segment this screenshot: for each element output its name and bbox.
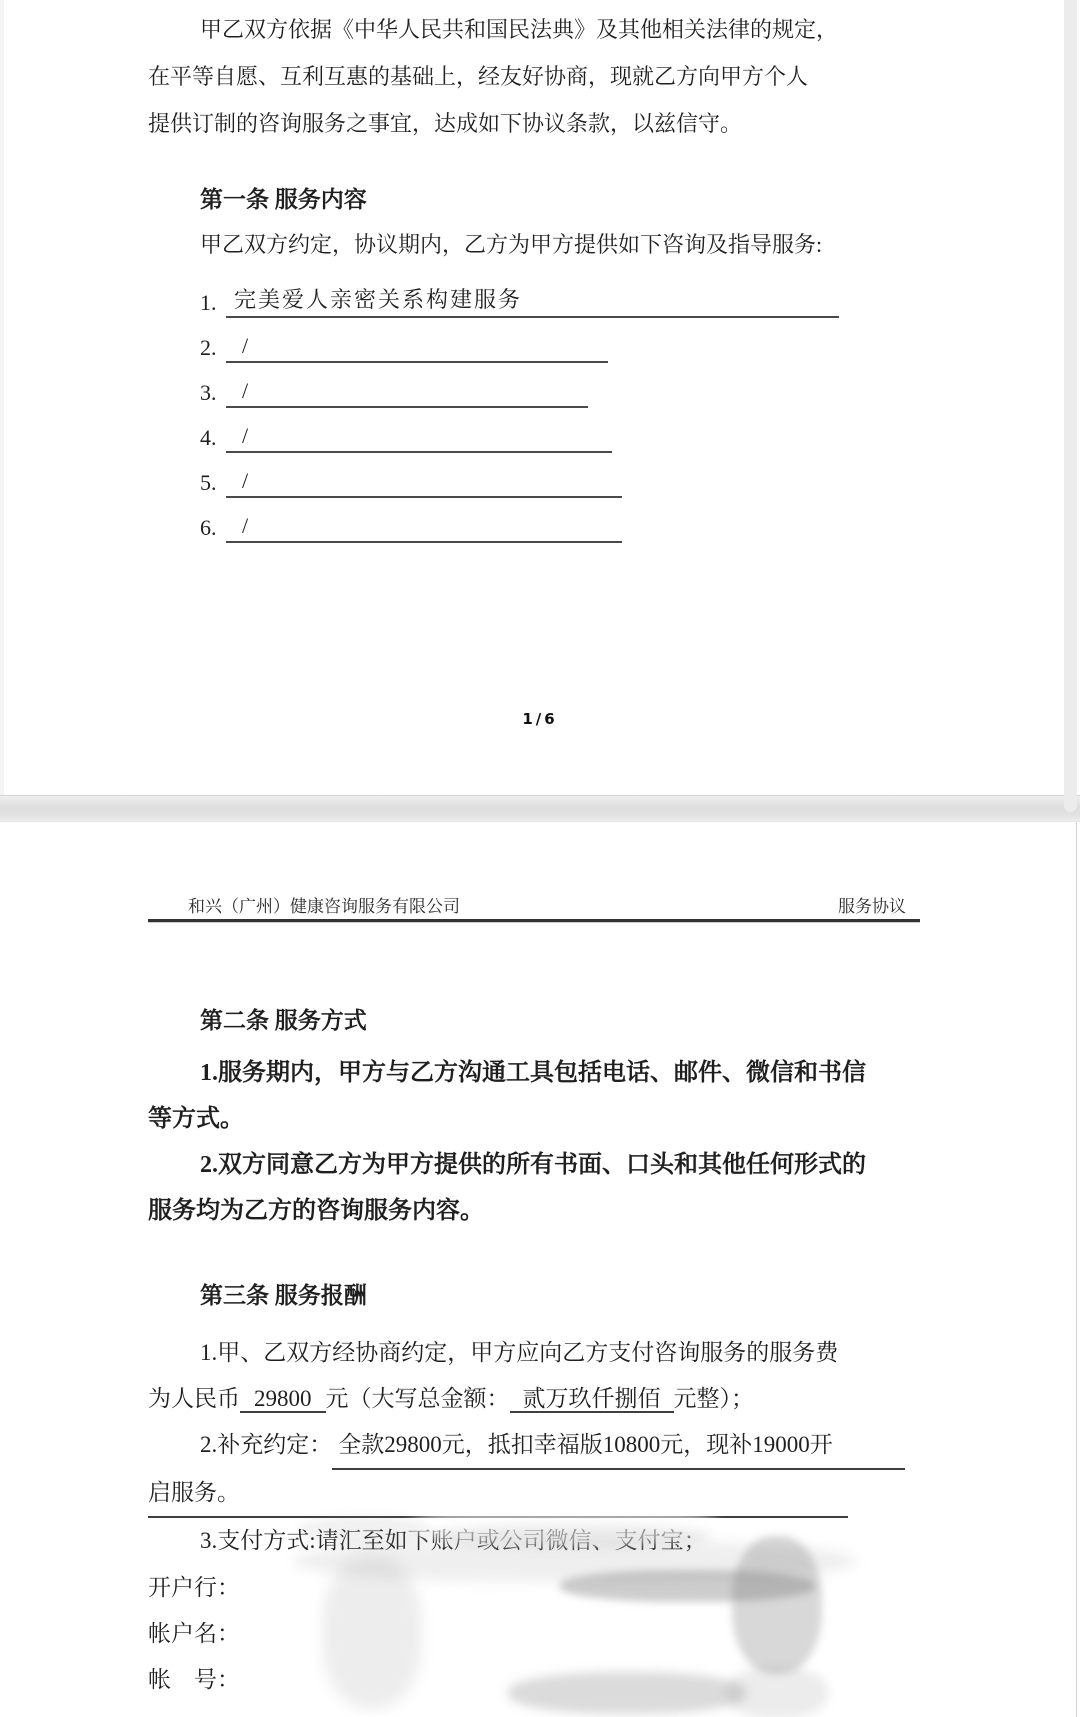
- document-page-2: 和兴（广州）健康咨询服务有限公司 服务协议 第二条 服务方式 1.服务期内，甲方…: [0, 822, 1080, 1717]
- supplement-value-blank: 全款29800元，抵扣幸福版10800元，现补19000开: [332, 1422, 905, 1470]
- fee-words-blank: 贰万玖仟捌佰: [510, 1386, 674, 1413]
- article-2-heading: 第二条 服务方式: [148, 1006, 905, 1036]
- service-item-row: 6. /: [148, 498, 848, 543]
- page-separator: [0, 795, 1080, 822]
- service-item-number: 6.: [200, 515, 226, 543]
- document-page-1: 甲乙双方依据《中华人民共和国民法典》及其他相关法律的规定， 在平等自愿、互利互惠…: [0, 0, 1080, 795]
- header-company-name: 和兴（广州）健康咨询服务有限公司: [148, 895, 460, 919]
- clause-line: 2.双方同意乙方为甲方提供的所有书面、口头和其他任何形式的: [148, 1142, 905, 1188]
- service-item-number: 3.: [200, 380, 226, 408]
- clause-line: 等方式。: [148, 1096, 905, 1142]
- supplement-line: 2.补充约定：全款29800元，抵扣幸福版10800元，现补19000开: [148, 1422, 905, 1470]
- article-3-heading: 第三条 服务报酬: [148, 1281, 905, 1311]
- article-1-intro: 甲乙双方约定，协议期内，乙方为甲方提供如下咨询及指导服务:: [148, 230, 848, 260]
- service-item-value: 完美爱人亲密关系构建服务: [226, 283, 839, 318]
- intro-line: 甲乙双方依据《中华人民共和国民法典》及其他相关法律的规定，: [148, 6, 848, 53]
- clause-line: 1.甲、乙双方经协商约定，甲方应向乙方支付咨询服务的服务费: [148, 1330, 905, 1376]
- service-item-number: 5.: [200, 470, 226, 498]
- scrollbar-thumb[interactable]: [1064, 0, 1077, 812]
- service-item-value: /: [226, 333, 608, 363]
- clause-line: 1.服务期内，甲方与乙方沟通工具包括电话、邮件、微信和书信: [148, 1050, 905, 1096]
- service-item-list: 1. 完美爱人亲密关系构建服务 2. / 3. / 4. / 5. / 6. /: [148, 273, 848, 543]
- article-1-heading: 第一条 服务内容: [148, 185, 848, 215]
- service-item-row: 5. /: [148, 453, 848, 498]
- redaction-smudge: [322, 1557, 422, 1709]
- service-item-row: 3. /: [148, 363, 848, 408]
- running-header: 和兴（广州）健康咨询服务有限公司 服务协议: [148, 822, 920, 923]
- redaction-smudge: [300, 1516, 430, 1546]
- supplement-label: 2.补充约定：: [200, 1422, 332, 1470]
- service-item-value: /: [226, 468, 622, 498]
- clause-line: 服务均为乙方的咨询服务内容。: [148, 1188, 905, 1234]
- redaction-smudge: [732, 1536, 822, 1674]
- page-indicator: 1/6: [0, 710, 1080, 728]
- fee-amount-blank: 29800: [240, 1386, 326, 1413]
- fee-prefix: 为人民币: [148, 1386, 240, 1411]
- redaction-smudge: [508, 1672, 746, 1714]
- service-item-value: /: [226, 423, 612, 453]
- service-item-row: 1. 完美爱人亲密关系构建服务: [148, 273, 848, 318]
- intro-line: 在平等自愿、互利互惠的基础上，经友好协商，现就乙方向甲方个人: [148, 53, 848, 100]
- header-doc-title: 服务协议: [838, 895, 920, 919]
- service-item-number: 4.: [200, 425, 226, 453]
- fee-line: 为人民币29800元（大写总金额：贰万玖仟捌佰元整）；: [148, 1376, 905, 1422]
- page-right-edge: [1076, 822, 1077, 1717]
- fee-mid: 元（大写总金额：: [326, 1386, 510, 1411]
- intro-paragraph: 甲乙双方依据《中华人民共和国民法典》及其他相关法律的规定， 在平等自愿、互利互惠…: [148, 0, 848, 147]
- service-item-number: 2.: [200, 335, 226, 363]
- service-item-row: 2. /: [148, 318, 848, 363]
- service-item-number: 1.: [200, 290, 226, 318]
- fee-suffix: 元整）；: [674, 1386, 755, 1411]
- intro-line: 提供订制的咨询服务之事宜，达成如下协议条款，以兹信守。: [148, 100, 848, 147]
- service-item-value: /: [226, 378, 588, 408]
- service-item-row: 4. /: [148, 408, 848, 453]
- service-item-value: /: [226, 513, 622, 543]
- article-2-body: 1.服务期内，甲方与乙方沟通工具包括电话、邮件、微信和书信 等方式。 2.双方同…: [148, 1050, 905, 1234]
- header-rule: [148, 919, 920, 923]
